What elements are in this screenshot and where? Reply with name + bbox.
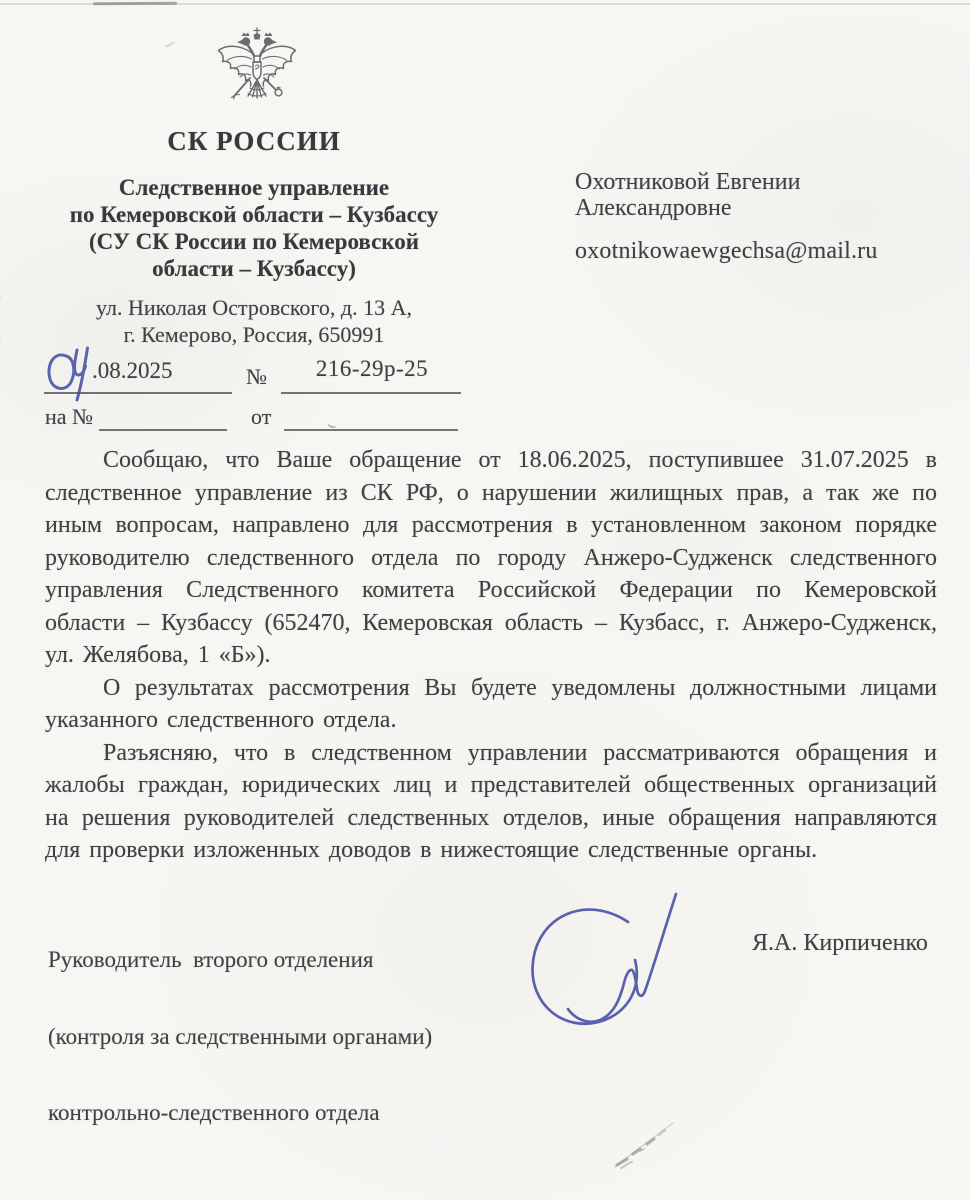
signature-ink-icon	[524, 890, 689, 1040]
signer-title-line: (контроля за следственными органами)	[48, 1024, 432, 1050]
scan-speck	[161, 34, 175, 48]
org-name-line: Следственное управление	[42, 174, 466, 201]
reply-to-label: на №	[45, 404, 93, 430]
org-name-line: области – Кузбассу)	[42, 255, 466, 282]
recipient-email: oxotnikowaewgechsa@mail.ru	[575, 238, 945, 264]
signer-name: Я.А. Кирпиченко	[752, 930, 952, 957]
body-paragraph: О результатах рассмотрения Вы будете уве…	[45, 672, 937, 737]
number-label: №	[246, 364, 267, 390]
date-value: .08.2025	[92, 358, 173, 384]
letter-body: Сообщаю, что Ваше обращение от 18.06.202…	[45, 444, 937, 867]
body-paragraph: Разъясняю, что в следственном управлении…	[45, 737, 937, 867]
from-underline	[284, 429, 458, 431]
org-address-line: ул. Николая Островского, д. 13 А,	[42, 294, 466, 321]
recipient-block: Охотниковой Евгении Александровне oxotni…	[575, 169, 945, 264]
signer-title-block: Руководитель второго отделения (контроля…	[48, 896, 432, 1177]
scanned-letter-page: СК РОССИИ Следственное управление по Кем…	[0, 0, 970, 1200]
coat-of-arms-icon	[214, 26, 300, 114]
handwritten-day-ink	[44, 345, 92, 403]
from-label: от	[251, 404, 271, 430]
org-name-line: (СУ СК России по Кемеровской	[42, 228, 466, 255]
signer-title-line: Руководитель второго отделения	[48, 947, 432, 973]
org-address-block: ул. Николая Островского, д. 13 А, г. Кем…	[42, 294, 466, 348]
signer-title-line: контрольно-следственного отдела	[48, 1100, 432, 1126]
pen-smudge	[607, 1117, 685, 1173]
recipient-name-line: Охотниковой Евгении	[575, 169, 945, 195]
scan-edge-mark	[93, 2, 177, 6]
pen-mark	[327, 418, 338, 429]
recipient-name-line: Александровне	[575, 195, 945, 221]
date-underline	[44, 392, 232, 394]
agency-title: СК РОССИИ	[42, 126, 466, 157]
scan-margin-mark	[0, 295, 7, 341]
org-name-block: Следственное управление по Кемеровской о…	[42, 174, 466, 282]
org-address-line: г. Кемерово, Россия, 650991	[42, 321, 466, 348]
org-name-line: по Кемеровской области – Кузбассу	[42, 201, 466, 228]
outgoing-number: 216-29р-25	[283, 356, 461, 382]
reply-underline	[99, 429, 227, 431]
body-paragraph: Сообщаю, что Ваше обращение от 18.06.202…	[45, 444, 937, 672]
number-underline	[281, 392, 461, 394]
